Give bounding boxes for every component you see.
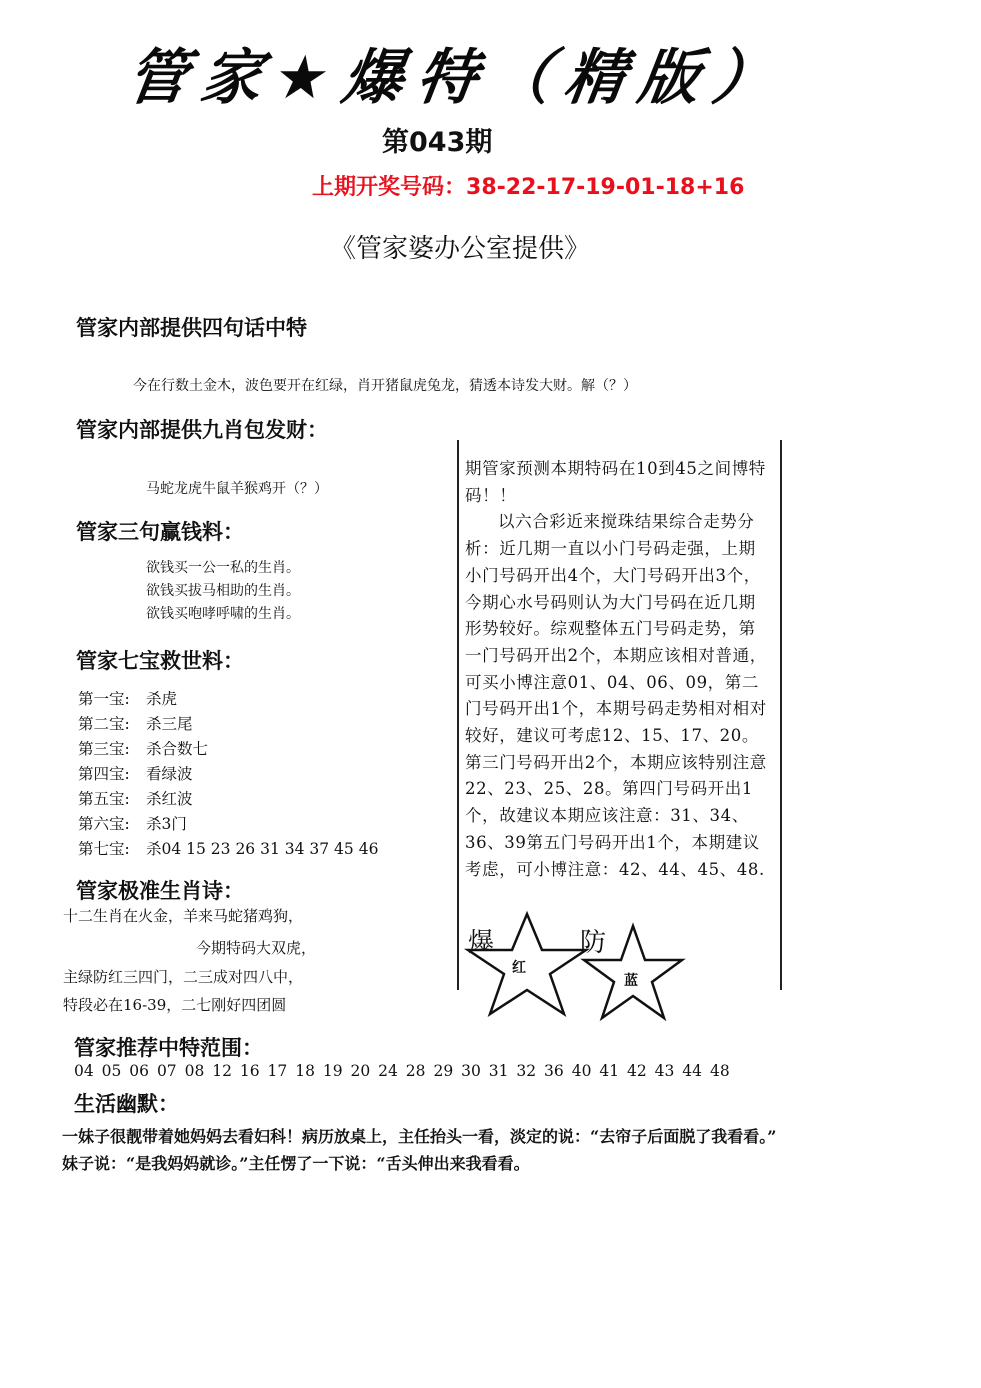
humor-line: 妹子说：“是我妈妈就诊。”主任愣了一下说：“舌头伸出来我看看。 [62, 1151, 530, 1174]
recommended-range-heading: 管家推荐中特范围： [74, 1032, 263, 1062]
poem-line: 十二生肖在火金，羊来马蛇猪鸡狗， [63, 905, 303, 926]
star-inner-red: 红 [512, 957, 526, 977]
star-icon-red [460, 910, 595, 1020]
treasure-row: 第七宝:杀04 15 23 26 31 34 37 45 46 [78, 837, 378, 859]
page-title: 管家★爆特（精版） [122, 30, 794, 116]
four-sentences-text: 今在行数土金木，波色要开在红绿，肖开猪鼠虎兔龙，猜透本诗发大财。解（？） [133, 375, 637, 395]
analysis-text: 期管家预测本期特码在10到45之间博特码！！ 以六合彩近来搅珠结果综合走势分析：… [465, 456, 770, 883]
three-sentences-line: 欲钱买咆哮呼啸的生肖。 [146, 603, 300, 623]
treasure-row: 第二宝:杀三尾 [78, 712, 193, 734]
humor-heading: 生活幽默： [74, 1088, 179, 1118]
four-sentences-heading: 管家内部提供四句话中特 [76, 312, 307, 342]
treasure-row: 第五宝:杀红波 [78, 787, 193, 809]
poem-line: 主绿防红三四门，二三成对四八中， [63, 966, 303, 987]
zodiac-poem-heading: 管家极准生肖诗： [76, 875, 244, 905]
analysis-para-2: 以六合彩近来搅珠结果综合走势分析：近几期一直以小门号码走强，上期小门号码开出4个… [465, 509, 770, 883]
poem-line: 今期特码大双虎， [196, 937, 316, 958]
seven-treasures-heading: 管家七宝救世料： [76, 645, 244, 675]
nine-zodiacs-heading: 管家内部提供九肖包发财： [76, 414, 328, 444]
three-sentences-line: 欲钱买一公一私的生肖。 [146, 557, 300, 577]
star-inner-blue: 蓝 [624, 970, 638, 990]
poem-line: 特段必在16-39，二七刚好四团圆 [63, 994, 286, 1015]
treasure-row: 第四宝:看绿波 [78, 762, 193, 784]
issue-number: 第043期 [382, 120, 492, 159]
treasure-row: 第六宝:杀3门 [78, 812, 187, 834]
treasure-row: 第三宝:杀合数七 [78, 737, 208, 759]
last-draw-label: 上期开奖号码： [312, 175, 466, 200]
analysis-para-1: 期管家预测本期特码在10到45之间博特码！！ [465, 456, 770, 509]
last-draw-result: 上期开奖号码：38-22-17-19-01-18+16 [312, 170, 744, 201]
provider-credit: 《管家婆办公室提供》 [330, 228, 590, 265]
nine-zodiacs-text: 马蛇龙虎牛鼠羊猴鸡开（？） [146, 478, 328, 498]
recommended-numbers: 04 05 06 07 08 12 16 17 18 19 20 24 28 2… [74, 1062, 730, 1080]
humor-line: 一妹子很靓带着她妈妈去看妇科！病历放桌上，主任抬头一看，淡定的说：“去帘子后面脱… [62, 1124, 776, 1147]
treasure-row: 第一宝:杀虎 [78, 687, 177, 709]
last-draw-numbers: 38-22-17-19-01-18+16 [466, 175, 744, 200]
three-sentences-line: 欲钱买拔马相助的生肖。 [146, 580, 300, 600]
three-sentences-heading: 管家三句赢钱料： [76, 516, 244, 546]
